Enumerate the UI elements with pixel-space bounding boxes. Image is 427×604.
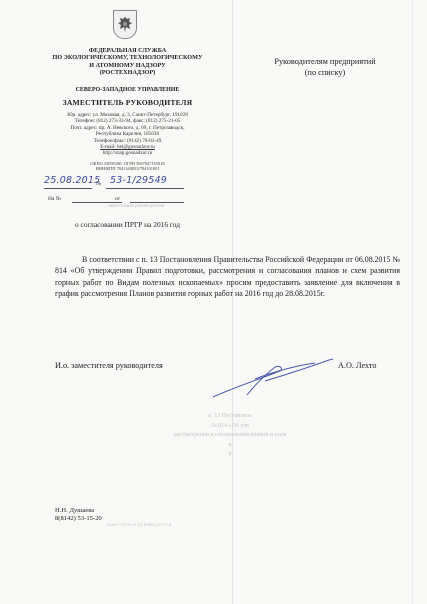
position-title: ЗАМЕСТИТЕЛЬ РУКОВОДИТЕЛЯ [40,99,215,106]
handwritten-signature-icon [205,357,335,402]
agency-line: ФЕДЕРАЛЬНАЯ СЛУЖБА [40,47,215,54]
number-label: № [96,181,101,187]
executor-name: Н.Н. Душаева [55,507,102,515]
from-label: от [115,196,120,202]
handwritten-number: 53-1/29549 [110,175,167,186]
signatory-title: И.о. заместителя руководителя [55,361,163,370]
faint-stamp-text: заместитель руководителя [108,204,164,209]
ref-label: На № [48,196,61,202]
ghost-line: и [40,441,420,451]
executor-phone: 8(8142) 53-15-20 [55,515,102,523]
ref-underline [72,202,122,203]
agency-line: (РОСТЕХНАДЗОР) [40,69,215,76]
addressee: Руководителям предприятий (по списку) [240,56,410,78]
date-underline [44,188,92,189]
letter-body: В соответствии с п. 13 Постановления Пра… [55,254,400,299]
fold-line [232,0,233,604]
fold-line-right [412,0,413,604]
ghost-line: п. 13 Постановле [40,412,420,422]
body-paragraph: В соответствии с п. 13 Постановления Пра… [55,255,400,298]
handwritten-date: 25.08.2015 [44,175,100,186]
faint-executor-text: заместителя руководителя [106,523,172,528]
code-line: ИНН/КПП 7841340833/784101001 [40,166,215,171]
ghost-line: р [40,450,420,460]
bleed-through-text: п. 13 Постановле № 814 «Об утв рассмотре… [40,412,420,460]
agency-line: И АТОМНОМУ НАДЗОРУ [40,62,215,69]
ghost-line: № 814 «Об утв [40,422,420,432]
registration-codes: ОКПО 33095180, ОГРН 5067847165018 ИНН/КП… [40,161,215,171]
document-page: ФЕДЕРАЛЬНАЯ СЛУЖБА ПО ЭКОЛОГИЧЕСКОМУ, ТЕ… [0,0,427,604]
agency-address: Юр. адрес: ул. Моховая, д. 3, Санкт-Пете… [40,112,215,157]
website-link[interactable]: http://szap.gosnadzor.ru [40,150,215,156]
signatory-name: А.О. Лехто [338,361,376,370]
division-name: СЕВЕРО-ЗАПАДНОЕ УПРАВЛЕНИЕ [40,87,215,94]
russian-coat-of-arms-icon [113,10,137,39]
addressee-line: Руководителям предприятий [240,56,410,67]
from-underline [130,202,184,203]
number-underline [106,188,184,189]
agency-name: ФЕДЕРАЛЬНАЯ СЛУЖБА ПО ЭКОЛОГИЧЕСКОМУ, ТЕ… [40,47,215,77]
ghost-line: рассмотрения и согласования планов и схе… [40,431,420,441]
addressee-line: (по списку) [240,67,410,78]
executor-info: Н.Н. Душаева 8(8142) 53-15-20 [55,507,102,523]
letter-subject: о согласовании ПРГР на 2016 год [40,220,215,229]
agency-line: ПО ЭКОЛОГИЧЕСКОМУ, ТЕХНОЛОГИЧЕСКОМУ [40,54,215,61]
